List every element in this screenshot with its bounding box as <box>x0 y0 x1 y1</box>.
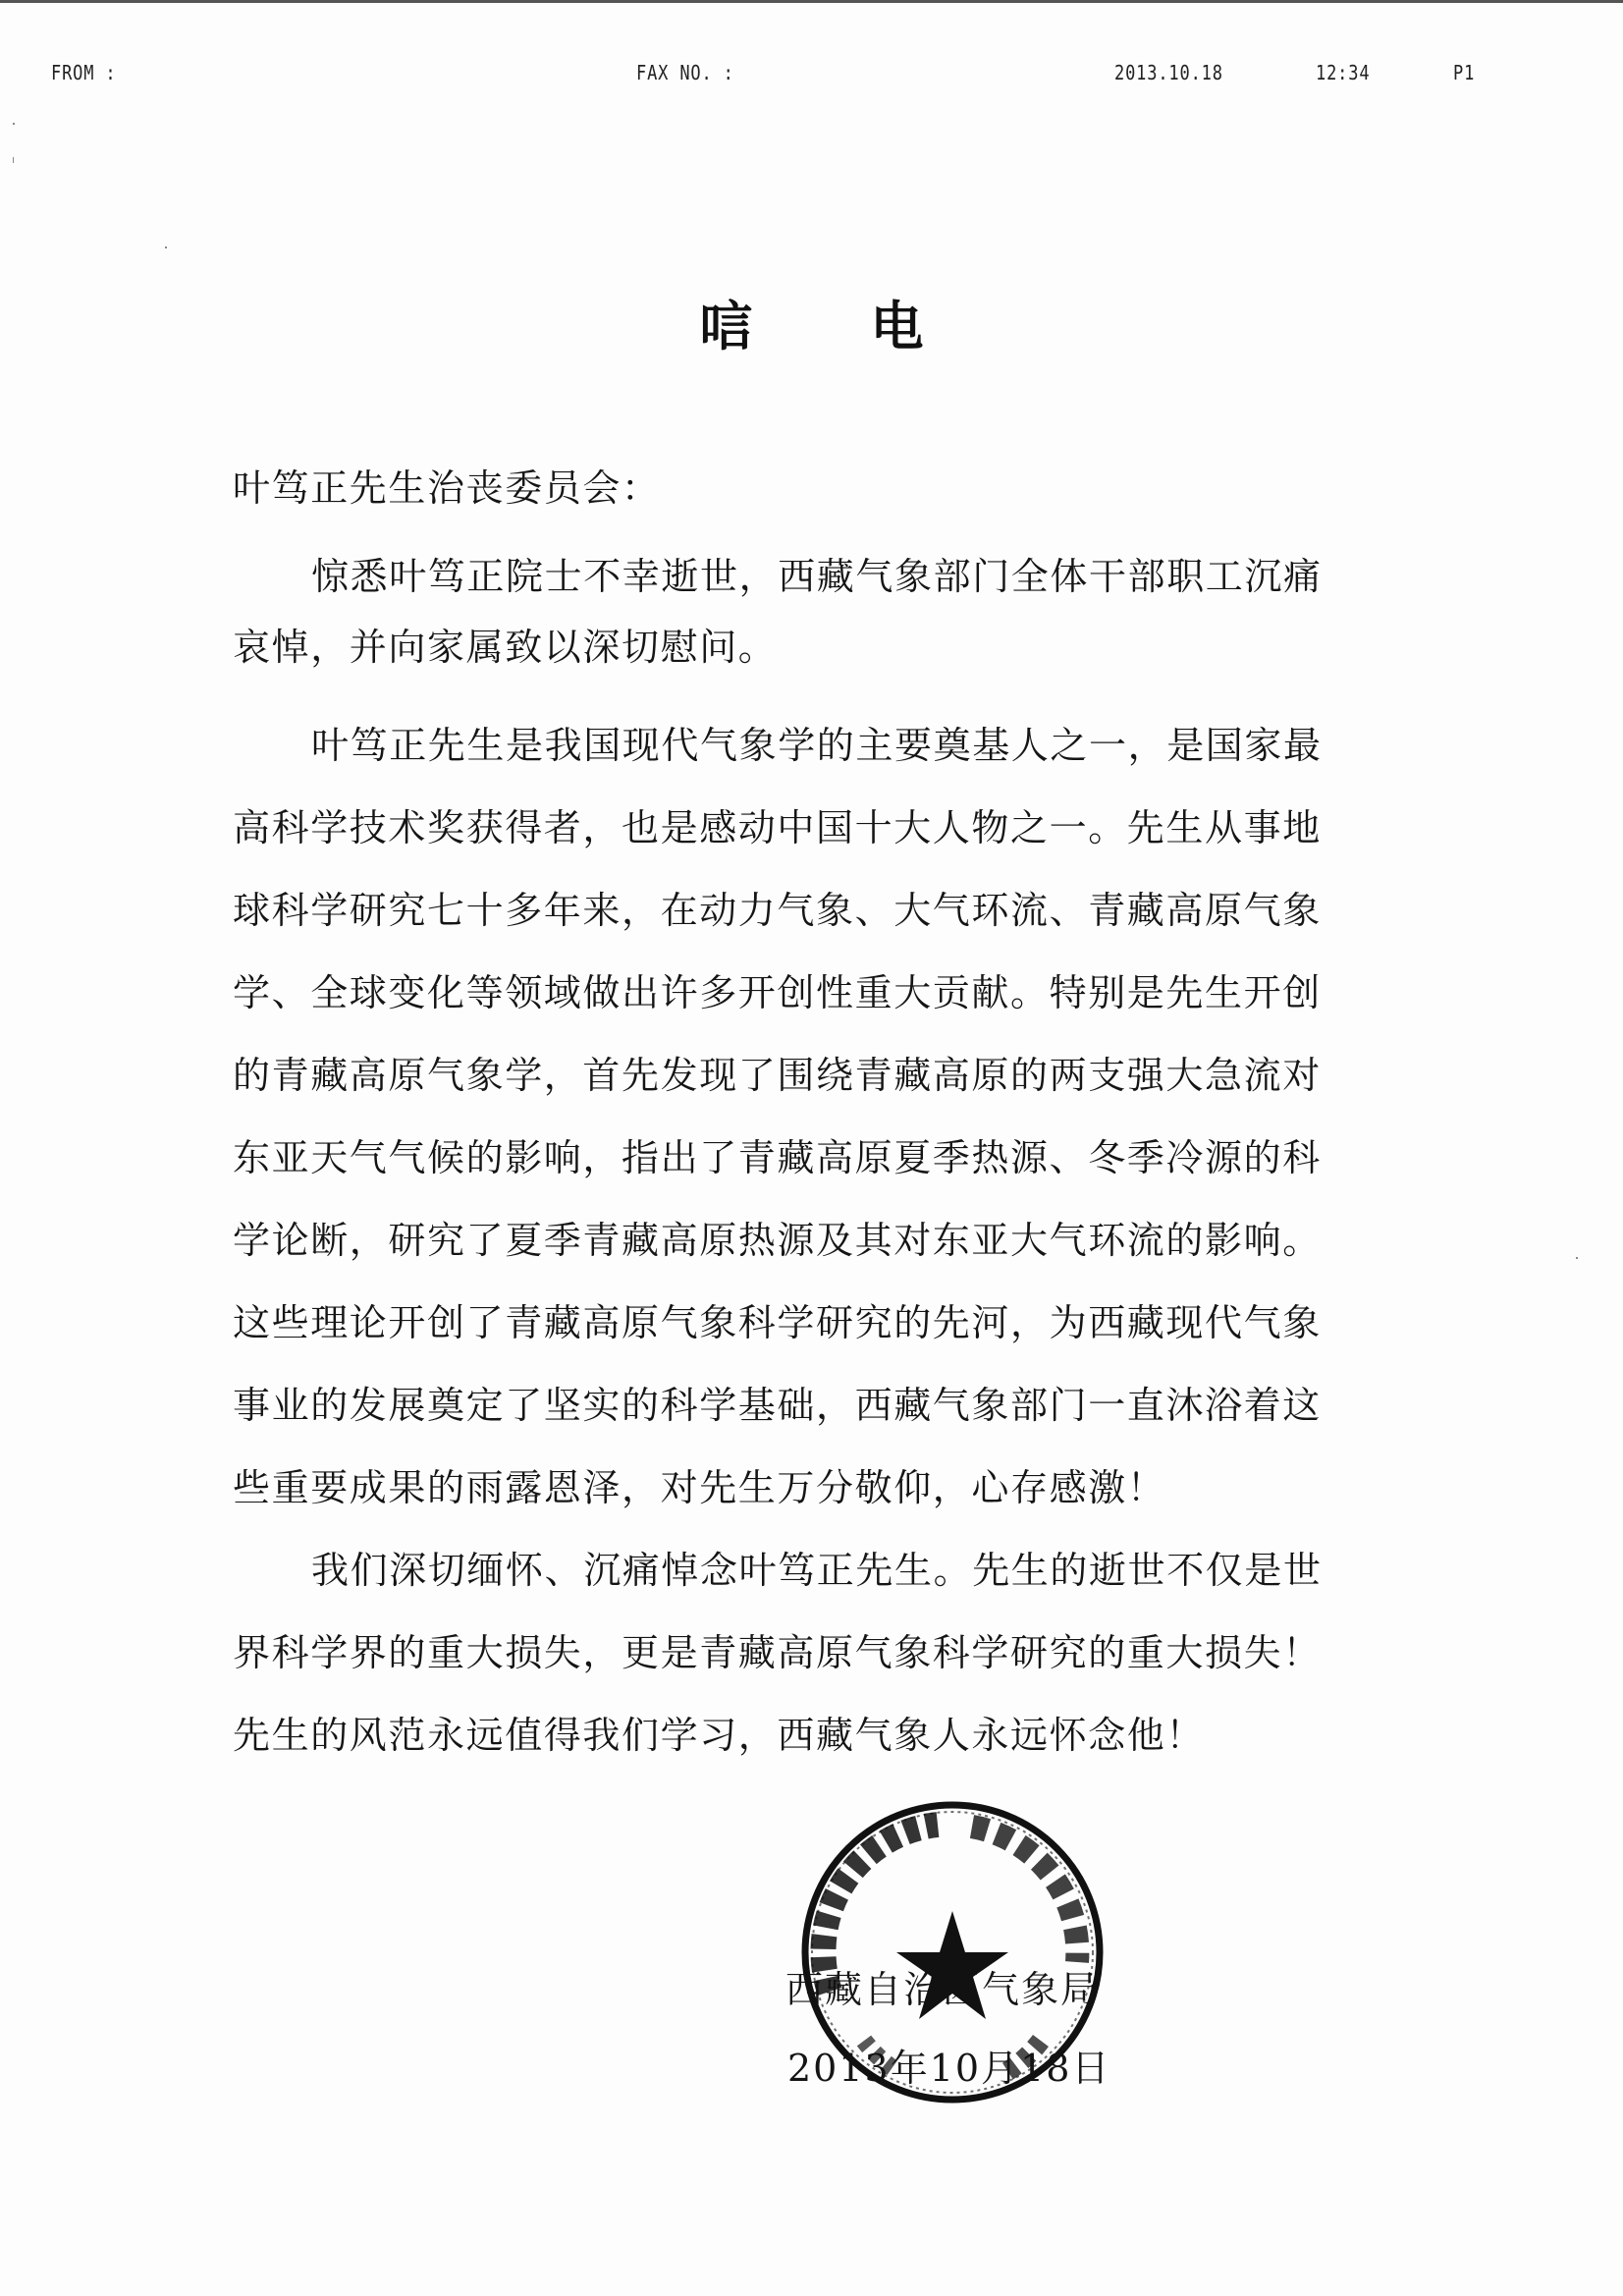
paragraph-2-line-2: 高科学技术奖获得者，也是感动中国十大人物之一。先生从事地 <box>233 797 1322 851</box>
paragraph-2-line-3: 球科学研究七十多年来，在动力气象、大气环流、青藏高原气象 <box>233 880 1322 934</box>
paragraph-2-line-8: 这些理论开创了青藏高原气象科学研究的先河，为西藏现代气象 <box>233 1292 1322 1346</box>
title-char-1: 唁 <box>641 285 812 360</box>
fax-page: FROM : FAX NO. : 2013.10.18 12:34 P1 唁电 … <box>0 0 1623 2296</box>
scan-speck <box>13 123 15 125</box>
fax-number-label: FAX NO. : <box>636 61 734 84</box>
title-char-2: 电 <box>812 285 983 360</box>
paragraph-3-line-1: 我们深切缅怀、沉痛悼念叶笃正先生。先生的逝世不仅是世 <box>311 1540 1323 1594</box>
salutation: 叶笃正先生治丧委员会： <box>233 458 661 512</box>
paragraph-2-line-6: 东亚天气气候的影响，指出了青藏高原夏季热源、冬季冷源的科 <box>233 1127 1322 1181</box>
paragraph-3-line-3: 先生的风范永远值得我们学习，西藏气象人永远怀念他！ <box>233 1705 1205 1759</box>
official-seal-icon <box>790 1795 1114 2109</box>
paragraph-2-line-7: 学论断，研究了夏季青藏高原热源及其对东亚大气环流的影响。 <box>233 1210 1322 1264</box>
paragraph-2-line-4: 学、全球变化等领域做出许多开创性重大贡献。特别是先生开创 <box>233 962 1322 1016</box>
fax-time: 12:34 <box>1316 61 1370 84</box>
paragraph-2-line-5: 的青藏高原气象学，首先发现了围绕青藏高原的两支强大急流对 <box>233 1045 1322 1099</box>
paragraph-2-line-10: 些重要成果的雨露恩泽，对先生万分敬仰，心存感激！ <box>233 1457 1165 1511</box>
paragraph-3-line-2: 界科学界的重大损失，更是青藏高原气象科学研究的重大损失！ <box>233 1622 1322 1676</box>
scan-speck <box>13 157 14 163</box>
paragraph-1-line-2: 哀悼，并向家属致以深切慰问。 <box>233 617 777 671</box>
document-title: 唁电 <box>0 285 1623 360</box>
fax-page-number: P1 <box>1453 61 1475 84</box>
fax-date: 2013.10.18 <box>1114 61 1223 84</box>
fax-from-label: FROM : <box>51 61 117 84</box>
scan-speck <box>1576 1257 1578 1259</box>
scan-edge <box>0 0 1623 3</box>
scan-speck <box>165 246 167 248</box>
paragraph-2-line-9: 事业的发展奠定了坚实的科学基础，西藏气象部门一直沐浴着这 <box>233 1375 1322 1429</box>
paragraph-1-line-1: 惊悉叶笃正院士不幸逝世，西藏气象部门全体干部职工沉痛 <box>311 546 1323 600</box>
paragraph-2-line-1: 叶笃正先生是我国现代气象学的主要奠基人之一，是国家最 <box>311 715 1323 769</box>
